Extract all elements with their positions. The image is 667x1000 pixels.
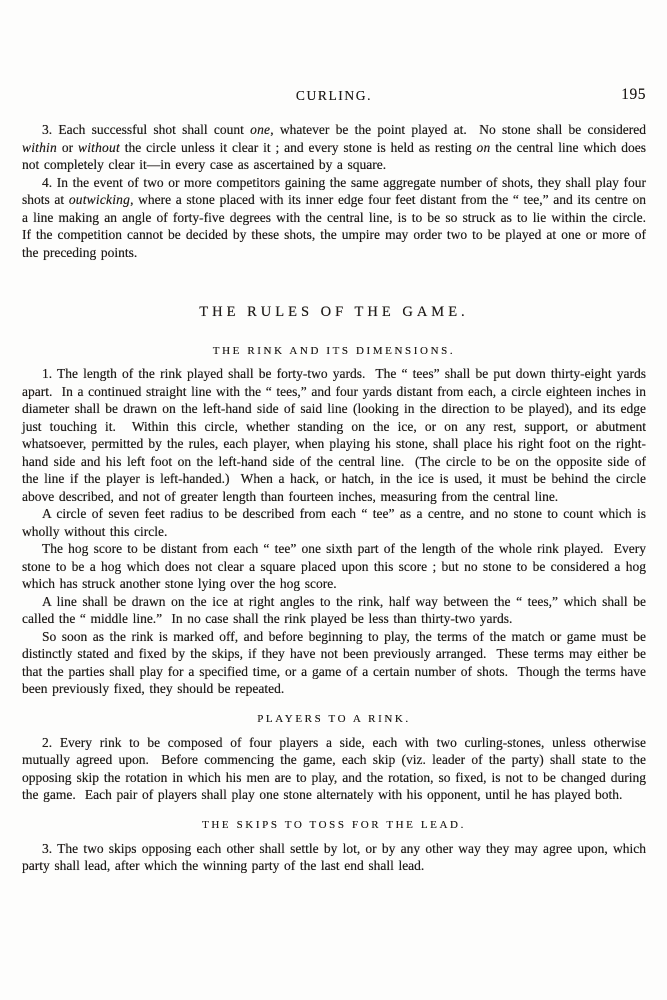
paragraph: 3. Each successful shot shall count one,… bbox=[22, 121, 646, 174]
page-header: CURLING. 195 bbox=[22, 88, 646, 108]
italic-text: outwicking bbox=[69, 192, 130, 207]
body-text: the circle unless it clear it ; and ever… bbox=[120, 140, 477, 155]
body-text: 3. The two skips opposing each other sha… bbox=[22, 841, 651, 874]
body-text: , whatever be the point played at. No st… bbox=[270, 122, 650, 137]
body-text: A circle of seven feet radius to be desc… bbox=[22, 506, 651, 539]
book-page: CURLING. 195 3. Each successful shot sha… bbox=[0, 0, 667, 1000]
paragraph: A line shall be drawn on the ice at righ… bbox=[22, 593, 646, 628]
paragraph: 3. The two skips opposing each other sha… bbox=[22, 840, 646, 875]
subsection-title: PLAYERS TO A RINK. bbox=[22, 712, 646, 726]
paragraph: The hog score to be distant from each “ … bbox=[22, 540, 646, 593]
body-text: A line shall be drawn on the ice at righ… bbox=[22, 594, 651, 627]
paragraph: 4. In the event of two or more competito… bbox=[22, 174, 646, 262]
body-text: So soon as the rink is marked off, and b… bbox=[22, 629, 651, 697]
body-text: The hog score to be distant from each “ … bbox=[22, 541, 651, 591]
italic-text: on bbox=[477, 140, 491, 155]
italic-text: one bbox=[250, 122, 270, 137]
italic-text: without bbox=[78, 140, 120, 155]
body-text: or bbox=[57, 140, 78, 155]
body-text: 2. Every rink to be composed of four pla… bbox=[22, 735, 651, 803]
body-text: 1. The length of the rink played shall b… bbox=[22, 366, 651, 504]
paragraph: 2. Every rink to be composed of four pla… bbox=[22, 734, 646, 804]
paragraph: A circle of seven feet radius to be desc… bbox=[22, 505, 646, 540]
paragraph: 1. The length of the rink played shall b… bbox=[22, 365, 646, 505]
paragraph: So soon as the rink is marked off, and b… bbox=[22, 628, 646, 698]
page-body: 3. Each successful shot shall count one,… bbox=[22, 121, 646, 875]
body-text: 3. Each successful shot shall count bbox=[42, 122, 250, 137]
section-title: THE RULES OF THE GAME. bbox=[22, 304, 646, 320]
subsection-title: THE RINK AND ITS DIMENSIONS. bbox=[22, 344, 646, 358]
italic-text: within bbox=[22, 140, 57, 155]
running-header: CURLING. bbox=[22, 88, 646, 104]
subsection-title: THE SKIPS TO TOSS FOR THE LEAD. bbox=[22, 818, 646, 832]
page-number: 195 bbox=[621, 86, 646, 104]
